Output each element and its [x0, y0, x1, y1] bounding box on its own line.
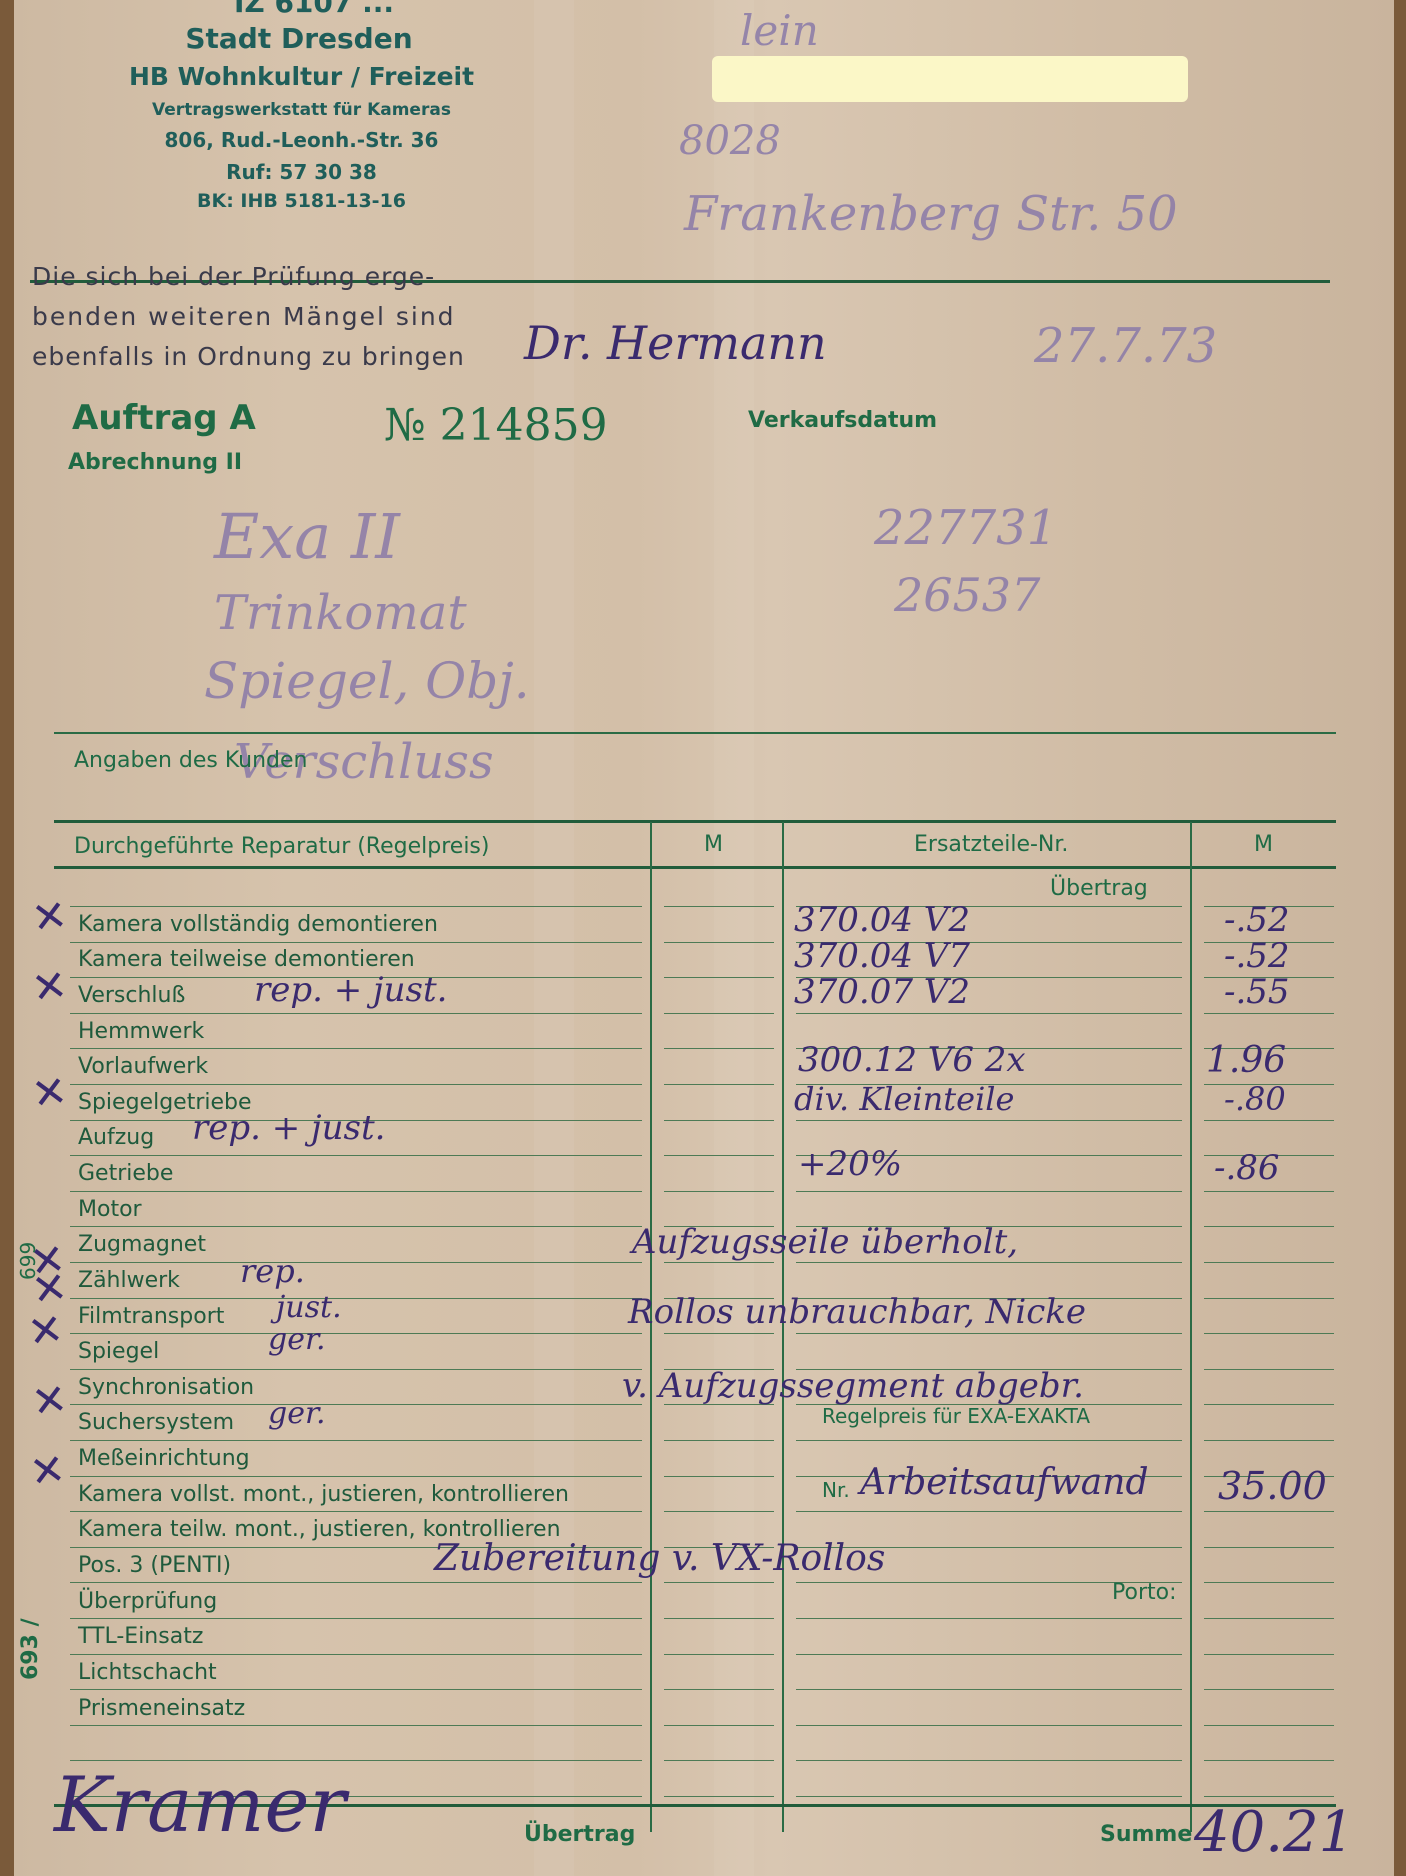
- row-separator: [796, 1618, 1182, 1619]
- remark-line: Rollos unbrauchbar, Nicke: [628, 1292, 1086, 1332]
- row-separator: [70, 906, 642, 907]
- row-separator: [70, 1476, 642, 1477]
- notice-line-2: benden weiteren Mängel sind: [32, 302, 456, 331]
- row-separator: [1204, 1511, 1334, 1512]
- row-separator: [1204, 1796, 1334, 1797]
- part-number: div. Kleinteile: [794, 1080, 1014, 1118]
- row-separator: [664, 1582, 774, 1583]
- row-separator: [664, 1048, 774, 1049]
- row-separator: [664, 1511, 774, 1512]
- repair-row-label: Getriebe: [78, 1161, 173, 1186]
- notice-signature: Dr. Hermann: [524, 316, 827, 370]
- row-separator: [70, 1226, 642, 1227]
- row-separator: [664, 1155, 774, 1156]
- row-separator: [664, 1476, 774, 1477]
- row-separator: [1204, 1582, 1334, 1583]
- row-separator: [70, 1582, 642, 1583]
- row-separator: [664, 1013, 774, 1014]
- row-separator: [664, 942, 774, 943]
- customer-name-fragment: lein: [740, 6, 819, 55]
- row-separator: [70, 1048, 642, 1049]
- stamp-dept: HB Wohnkultur / Freizeit: [124, 62, 479, 91]
- margin-code: 693 /: [18, 1618, 43, 1680]
- row-separator: [664, 1654, 774, 1655]
- check-mark-x-icon[interactable]: ✕: [29, 894, 70, 940]
- row-separator: [70, 1725, 642, 1726]
- part-price: -.80: [1224, 1080, 1286, 1118]
- signature: Kramer: [54, 1760, 346, 1849]
- parts-carry-label: Übertrag: [1050, 876, 1148, 901]
- part-number: 300.12 V6 2x: [798, 1040, 1026, 1080]
- row-separator: [796, 1511, 1182, 1512]
- row-separator: [70, 1440, 642, 1441]
- repair-row-label: Vorlaufwerk: [78, 1054, 208, 1079]
- row-note: rep. + just.: [254, 970, 447, 1010]
- repair-row-label: Synchronisation: [78, 1375, 254, 1400]
- stamp-line-0: IZ 6107 ...: [164, 0, 464, 19]
- row-separator: [796, 1796, 1182, 1797]
- repair-row-label: Verschluß: [78, 983, 185, 1008]
- header-repair: Durchgeführte Reparatur (Regelpreis): [74, 834, 489, 859]
- header-parts: Ersatzteile-Nr.: [914, 832, 1068, 857]
- row-separator: [1204, 1654, 1334, 1655]
- row-separator: [664, 977, 774, 978]
- row-note: rep.: [240, 1252, 305, 1290]
- row-separator: [796, 1120, 1182, 1121]
- remark-line: Aufzugsseile überholt,: [632, 1222, 1018, 1262]
- serial-number: 227731: [874, 500, 1057, 556]
- row-separator: [70, 1298, 642, 1299]
- customer-postcode: 8028: [679, 118, 781, 164]
- repair-row-label: TTL-Einsatz: [78, 1624, 203, 1649]
- repair-row-label: Motor: [78, 1197, 142, 1222]
- row-note: rep. + just.: [192, 1108, 385, 1148]
- stamp-workshop: Vertragswerkstatt für Kameras: [124, 100, 479, 120]
- notice-line-3: ebenfalls in Ordnung zu bringen: [32, 342, 465, 371]
- row-separator: [796, 1760, 1182, 1761]
- repair-row-label: Hemmwerk: [78, 1019, 204, 1044]
- row-separator: [70, 1369, 642, 1370]
- part-price: -.52: [1224, 936, 1290, 976]
- repair-row-label: Prismeneinsatz: [78, 1696, 245, 1721]
- row-separator: [1204, 1618, 1334, 1619]
- repair-row-label: Pos. 3 (PENTI): [78, 1553, 231, 1578]
- check-mark-x-icon[interactable]: ✕: [25, 1308, 66, 1354]
- check-mark-x-icon[interactable]: ✕: [29, 1070, 70, 1116]
- remark-line: v. Aufzugssegment abgebr.: [622, 1366, 1084, 1406]
- row-separator: [70, 1013, 642, 1014]
- row-note: ger.: [268, 1322, 326, 1357]
- part-number: +20%: [798, 1144, 902, 1184]
- table-header-bottom-line: [54, 866, 1336, 869]
- customer-street: Frankenberg Str. 50: [684, 186, 1178, 242]
- row-separator: [664, 1262, 774, 1263]
- column-divider: [1190, 822, 1192, 1832]
- repair-row-label: Aufzug: [78, 1125, 154, 1150]
- sale-date-label: Verkaufsdatum: [748, 408, 937, 433]
- header-m1: M: [704, 832, 723, 857]
- row-separator: [1204, 1369, 1334, 1370]
- stamp-address: 806, Rud.-Leonh.-Str. 36: [124, 128, 479, 152]
- part-price: -.52: [1224, 900, 1290, 940]
- nr-label: Nr.: [822, 1478, 850, 1502]
- row-separator: [664, 1191, 774, 1192]
- check-mark-x-icon[interactable]: ✕: [29, 964, 70, 1010]
- row-separator: [1204, 1298, 1334, 1299]
- customer-date: 27.7.73: [1034, 318, 1217, 374]
- row-separator: [70, 1689, 642, 1690]
- row-separator: [664, 1333, 774, 1334]
- row-separator: [1204, 1262, 1334, 1263]
- row-separator: [1204, 1120, 1334, 1121]
- repair-row-label: Lichtschacht: [78, 1660, 217, 1685]
- repair-row-label: Kamera vollst. mont., justieren, kontrol…: [78, 1482, 569, 1507]
- row-note: just.: [276, 1290, 342, 1325]
- repair-row-label: Überprüfung: [78, 1589, 217, 1614]
- order-number: № 214859: [384, 400, 608, 451]
- customer-info-line: Trinkomat: [214, 585, 467, 641]
- row-separator: [70, 1333, 642, 1334]
- part-price: -.55: [1224, 972, 1290, 1012]
- order-subtitle: Abrechnung II: [68, 450, 242, 475]
- sum-value: 40.21: [1194, 1800, 1354, 1865]
- row-separator: [70, 1618, 642, 1619]
- check-mark-x-icon[interactable]: ✕: [27, 1448, 68, 1494]
- sum-label: Summe: [1100, 1822, 1192, 1847]
- footer-carry-label: Übertrag: [524, 1822, 635, 1847]
- row-separator: [796, 1191, 1182, 1192]
- notice-line-1: Die sich bei der Prüfung erge-: [32, 262, 435, 291]
- row-separator: [70, 1262, 642, 1263]
- part-price: 1.96: [1206, 1040, 1286, 1081]
- order-number-value: 214859: [440, 400, 608, 451]
- row-separator: [70, 1084, 642, 1085]
- part-price: -.86: [1214, 1148, 1280, 1188]
- order-number-label: №: [384, 400, 426, 451]
- stamp-phone: Ruf: 57 30 38: [124, 160, 479, 184]
- row-separator: [70, 942, 642, 943]
- table-top-line: [54, 820, 1336, 823]
- row-separator: [796, 1725, 1182, 1726]
- check-mark-x-icon[interactable]: ✕: [29, 1378, 70, 1424]
- order-title: Auftrag A: [72, 398, 256, 438]
- customer-info-label: Angaben des Kunden: [74, 748, 308, 773]
- row-note: ger.: [268, 1396, 326, 1431]
- row-separator: [664, 906, 774, 907]
- redaction-bar: [712, 56, 1188, 102]
- header-m2: M: [1254, 832, 1273, 857]
- repair-row-label: Spiegel: [78, 1339, 159, 1364]
- row-separator: [664, 1689, 774, 1690]
- row-separator: [1204, 1689, 1334, 1690]
- repair-row-label: Zugmagnet: [78, 1232, 206, 1257]
- row-separator: [796, 1440, 1182, 1441]
- row-separator: [664, 1618, 774, 1619]
- row-separator: [70, 1511, 642, 1512]
- row-separator: [1204, 1013, 1334, 1014]
- repair-row-label: Suchersystem: [78, 1410, 234, 1435]
- row-separator: [796, 1333, 1182, 1334]
- repair-order-form: IZ 6107 ... Stadt Dresden HB Wohnkultur …: [14, 0, 1394, 1876]
- customer-info-line: Spiegel, Obj.: [204, 652, 530, 710]
- regular-price-label: Regelpreis für EXA-EXAKTA: [822, 1404, 1090, 1428]
- row-separator: [664, 1760, 774, 1761]
- row-separator: [1204, 1404, 1334, 1405]
- stamp-bank: BK: IHB 5181-13-16: [124, 190, 479, 212]
- divider-line: [54, 732, 1336, 734]
- part-number: 370.07 V2: [794, 972, 970, 1012]
- row-separator: [664, 1440, 774, 1441]
- porto-label: Porto:: [1112, 1580, 1177, 1605]
- row-separator: [70, 1654, 642, 1655]
- row-separator: [664, 1796, 774, 1797]
- repair-row-label: Kamera teilweise demontieren: [78, 947, 415, 972]
- part-number: 370.04 V7: [794, 936, 970, 976]
- remark-line: Zubereitung v. VX-Rollos: [434, 1538, 885, 1579]
- repair-row-label: Meßeinrichtung: [78, 1446, 250, 1471]
- row-separator: [664, 1084, 774, 1085]
- row-separator: [1204, 1725, 1334, 1726]
- serial-number: 26537: [894, 568, 1040, 622]
- part-number: 370.04 V2: [794, 900, 970, 940]
- row-separator: [796, 1689, 1182, 1690]
- margin-code: 699: [16, 1242, 40, 1280]
- stamp-city: Stadt Dresden: [134, 22, 464, 55]
- row-separator: [1204, 1547, 1334, 1548]
- row-separator: [1204, 1440, 1334, 1441]
- repair-row-label: Filmtransport: [78, 1304, 224, 1329]
- row-separator: [1204, 1333, 1334, 1334]
- labor-label: Arbeitsaufwand: [860, 1462, 1149, 1503]
- labor-price: 35.00: [1218, 1464, 1327, 1508]
- row-separator: [664, 1120, 774, 1121]
- row-separator: [70, 1404, 642, 1405]
- row-separator: [70, 1155, 642, 1156]
- row-separator: [796, 1013, 1182, 1014]
- row-separator: [70, 1191, 642, 1192]
- customer-info-line: Exa II: [214, 500, 400, 573]
- row-separator: [1204, 1760, 1334, 1761]
- row-separator: [796, 1262, 1182, 1263]
- repair-row-label: Kamera vollständig demontieren: [78, 912, 438, 937]
- repair-row-label: Zählwerk: [78, 1268, 180, 1293]
- row-separator: [1204, 1226, 1334, 1227]
- row-separator: [664, 1725, 774, 1726]
- row-separator: [1204, 1191, 1334, 1192]
- row-separator: [796, 1654, 1182, 1655]
